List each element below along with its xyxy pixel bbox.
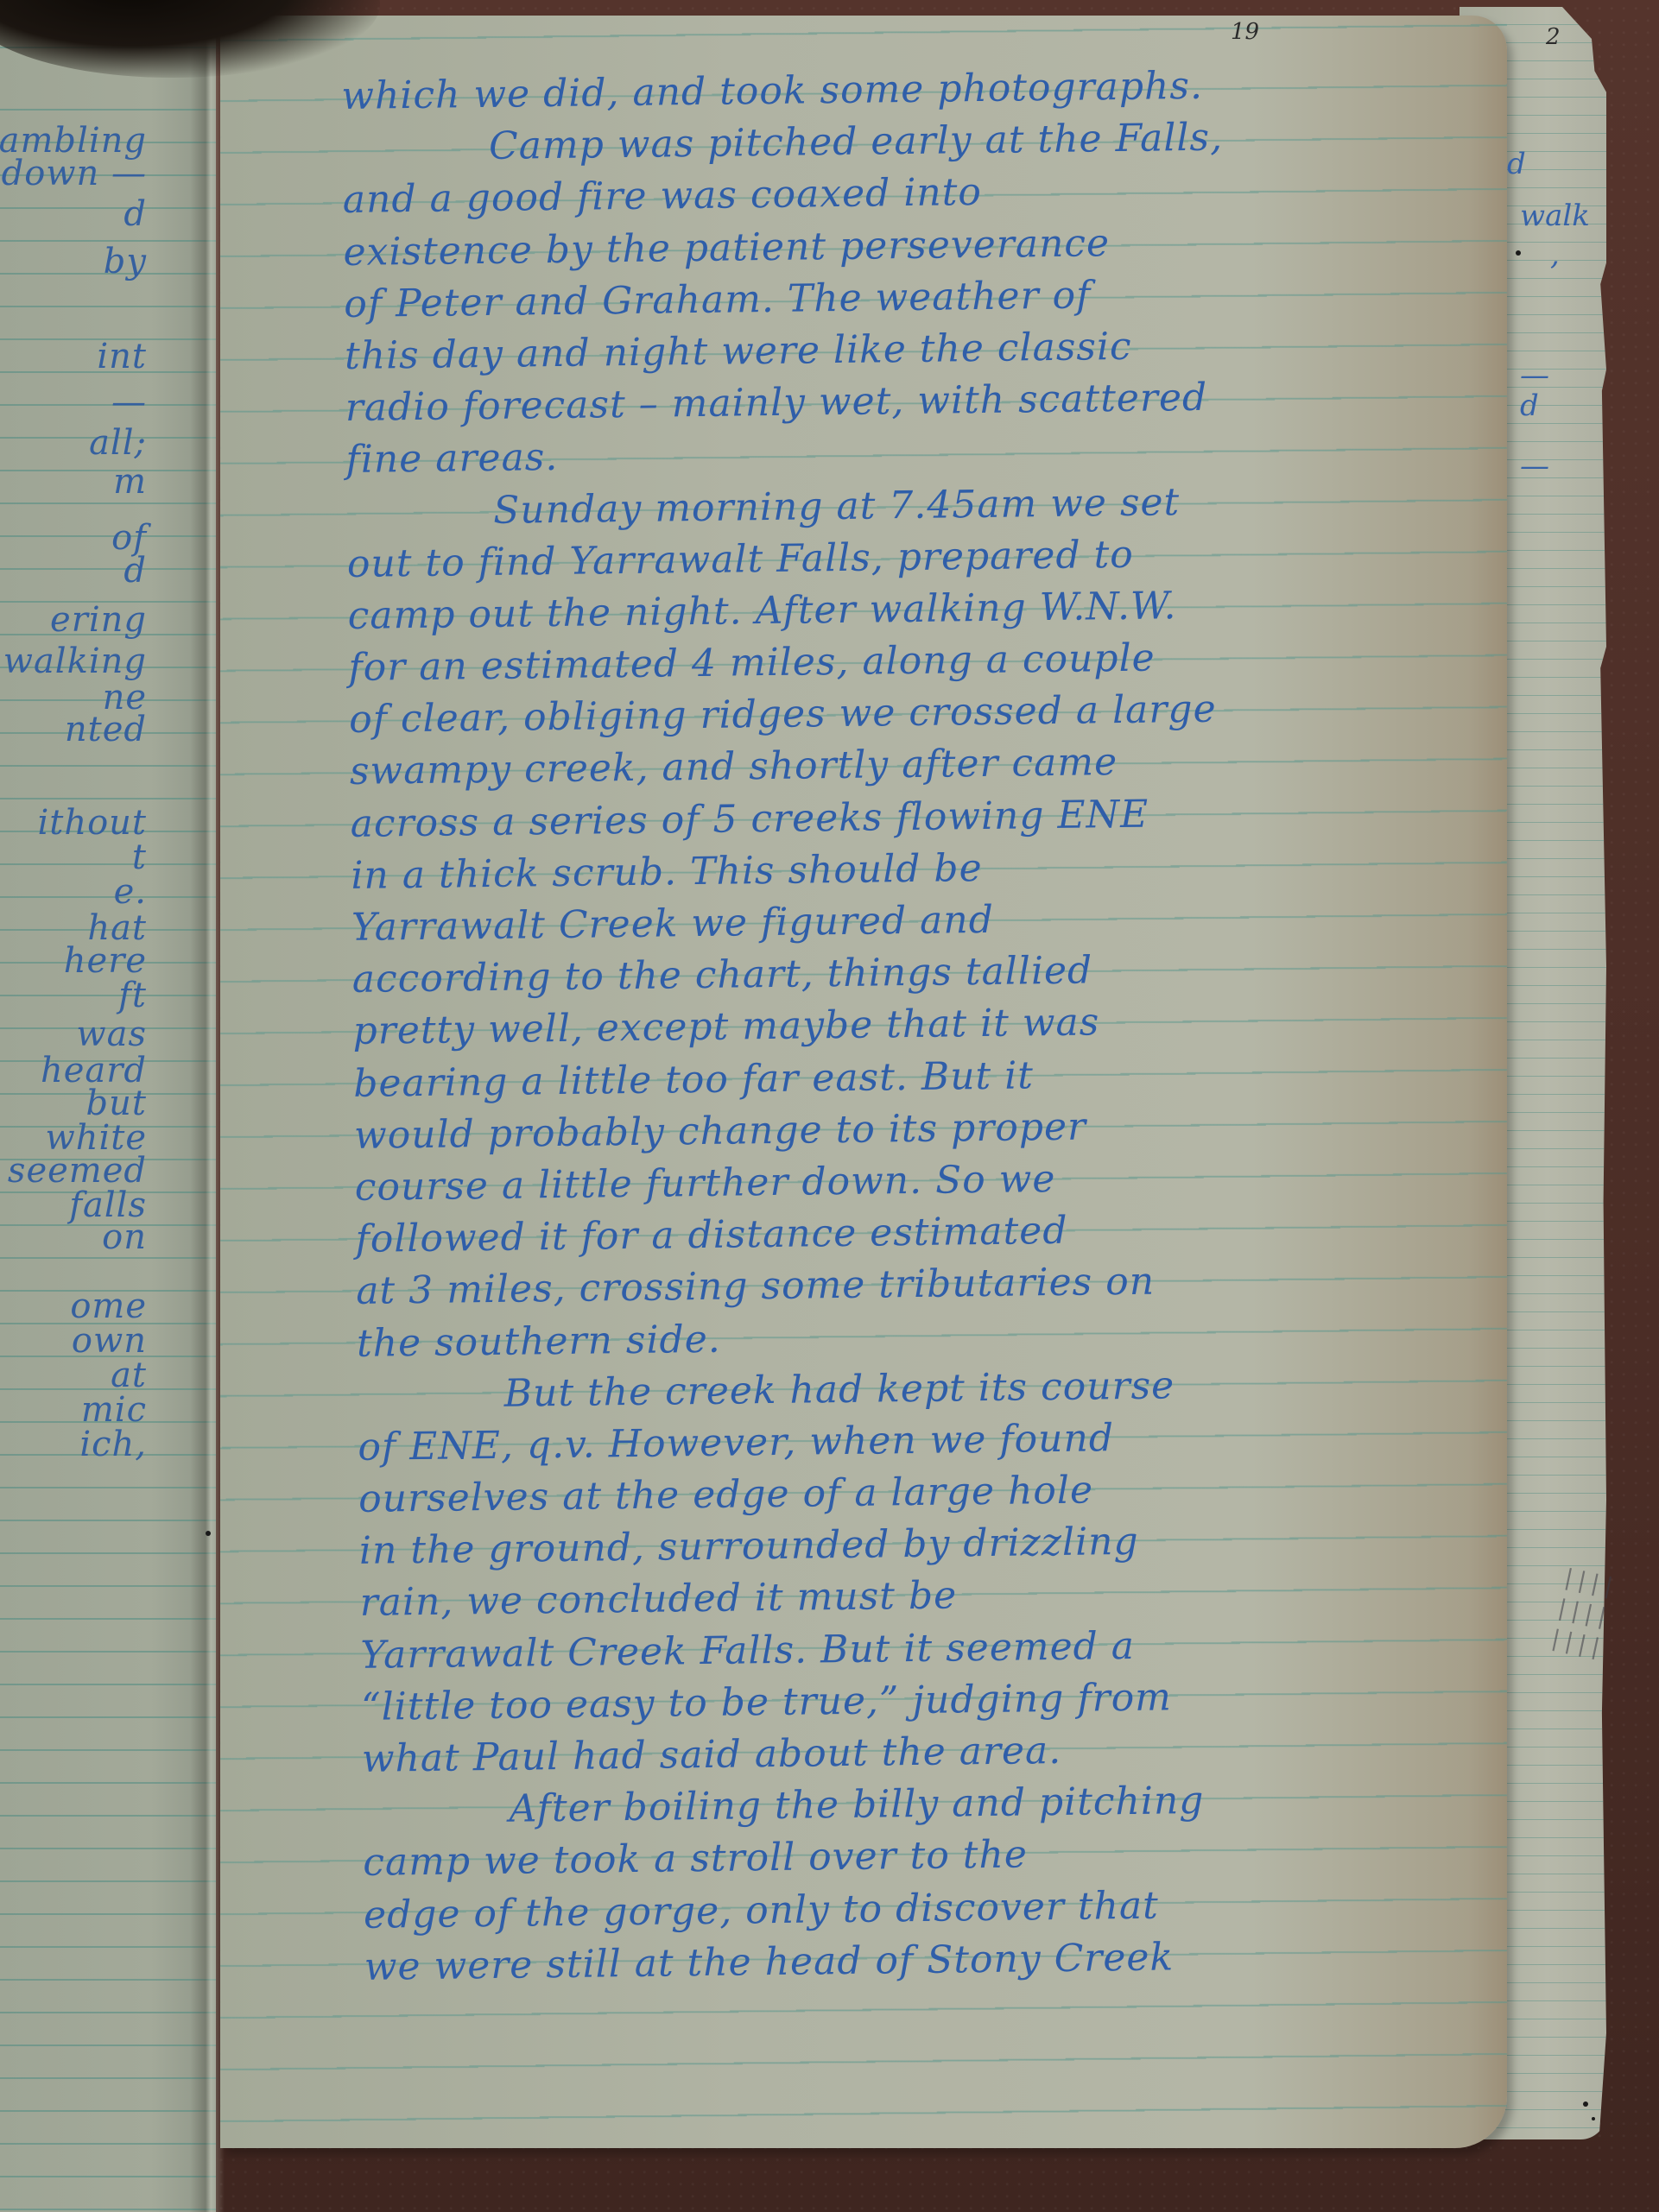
left-page-fragment: walking <box>3 641 147 681</box>
left-page-fragment: ithout <box>37 803 147 843</box>
left-page-fragment: ering <box>50 600 147 640</box>
page-number: 19 <box>1231 19 1259 45</box>
underlying-page-fragment: walk <box>1520 199 1590 233</box>
ink-dot <box>1516 250 1521 256</box>
left-page-fragment: was <box>76 1014 147 1054</box>
left-page-fragment: on <box>102 1217 147 1257</box>
left-page-fragment: ft <box>118 976 147 1015</box>
left-page-fragment: e. <box>114 872 147 912</box>
ink-dot <box>1592 2117 1595 2120</box>
left-page-fragment: m <box>113 462 147 502</box>
underlying-page-fragment: — <box>1520 358 1549 393</box>
diary-entry-text: which we did, and took some photographs.… <box>341 56 1539 1993</box>
left-page-fragment: nted <box>65 710 147 749</box>
left-page-fragment: — <box>111 382 147 422</box>
notebook-photo: 19 2 which we did, and took some photogr… <box>0 0 1659 2212</box>
left-page-fragment: int <box>97 337 147 376</box>
ink-dot <box>1583 2101 1588 2107</box>
left-page-fragment: d <box>123 194 147 234</box>
underlying-page-fragment: — <box>1520 449 1549 483</box>
underlying-page-fragment: d <box>1507 147 1526 181</box>
left-page-fragment: ich, <box>79 1425 147 1464</box>
underlying-page-fragment: , <box>1550 237 1560 272</box>
notebook-gutter <box>190 17 225 2212</box>
left-page-fragment: d <box>123 551 147 591</box>
left-page-fragment: all; <box>89 423 147 463</box>
underlying-page-fragment: d <box>1520 389 1539 423</box>
left-page-fragment: by <box>104 242 147 281</box>
left-page-fragment: down — <box>2 154 147 193</box>
underlying-page-number: 2 <box>1546 24 1561 50</box>
ink-dot <box>206 1531 211 1536</box>
